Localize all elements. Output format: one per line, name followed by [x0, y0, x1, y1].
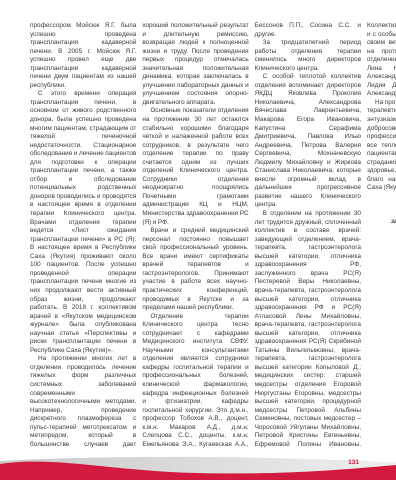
article-paragraph: За тридцатилетний период работы отделени…: [255, 39, 361, 73]
article-paragraph: С особой теплотой коллектив отделения вс…: [255, 73, 361, 210]
article-paragraph: На протяжении 30 лет, коллектив терапевт…: [367, 99, 396, 193]
article-paragraph: С этого времени операция трансплантации …: [30, 90, 136, 355]
signature-role: заведующая отделением терапии: [367, 218, 396, 235]
footer-wave-decoration: [0, 450, 396, 480]
signature-block: Пестерева В.Н., заведующая отделением те…: [367, 210, 396, 243]
article-columns: профессором Мойсюк Я.Г. была успешно про…: [30, 22, 361, 454]
signature-org: Клинического центра: [367, 235, 396, 243]
article-paragraph: профессором Мойсюк Я.Г. была успешно про…: [30, 22, 136, 90]
document-page: профессором Мойсюк Я.Г. была успешно про…: [0, 0, 396, 480]
page-number: 131: [348, 459, 359, 466]
article-paragraph: Основные показатели отделения на протяже…: [142, 107, 248, 227]
article-paragraph: Врачи и средний медицинский персонал пос…: [142, 227, 248, 312]
signature-name: Пестерева В.Н.,: [367, 210, 396, 218]
